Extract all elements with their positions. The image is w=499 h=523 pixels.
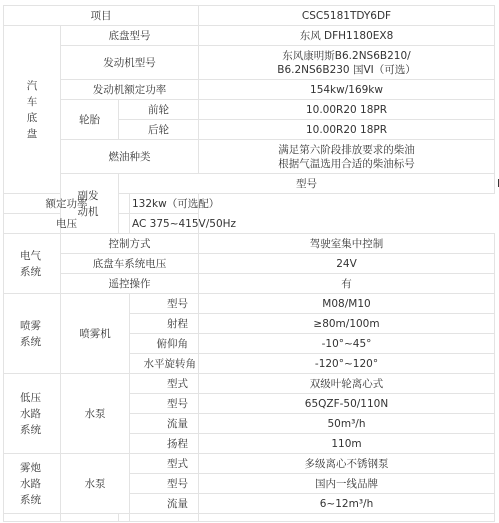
row-value: 有 [199,274,495,294]
table-row: 低压水路系统 水泵 型式 双级叶轮离心式 [4,374,495,394]
row-value: 东风 DFH1180EX8 [199,26,495,46]
row-value: 10.00R20 18PR [199,120,495,140]
section-label: 喷雾系统 [20,318,44,350]
row-label: 型号 [130,394,199,414]
row-label: 型式 [130,374,199,394]
section-low-pressure: 低压水路系统 [4,374,61,454]
row-value: 50m³/h [199,414,495,434]
row-value: 满足第六阶段排放要求的柴油 根据气温选用合适的柴油标号 [199,140,495,174]
table-row: 轮胎 前轮 10.00R20 18PR [4,100,495,120]
row-value: 双级叶轮离心式 [199,374,495,394]
row-label: 射程 [130,314,199,334]
table-row: 电气系统 控制方式 驾驶室集中控制 [4,234,495,254]
row-label: 遥控操作 [61,274,199,294]
row-label: 型号 [119,174,495,194]
row-value: 110m [199,434,495,454]
value-line: 满足第六阶段排放要求的柴油 [201,143,492,157]
row-label: 俯仰角 [130,334,199,354]
table-row: 燃油种类 满足第六阶段排放要求的柴油 根据气温选用合适的柴油标号 [4,140,495,174]
row-value: ≥80m/100m [199,314,495,334]
section-electrical: 电气系统 [4,234,61,294]
table-row: 喷雾系统 喷雾机 型号 M08/M10 [4,294,495,314]
row-value: M08/M10 [199,294,495,314]
row-value: 24V [199,254,495,274]
value-line: 根据气温选用合适的柴油标号 [201,157,492,171]
row-sublabel: 前轮 [119,100,199,120]
table-row: 发动机型号 东风康明斯B6.2NS6B210/ B6.2NS6B230 国VI（… [4,46,495,80]
row-label: 型式 [130,454,199,474]
table-row-cutoff [4,514,495,522]
table-row: 汽车底盘 底盘型号 东风 DFH1180EX8 [4,26,495,46]
row-label: 控制方式 [61,234,199,254]
row-label: 扬程 [130,434,199,454]
row-label: 型号 [130,294,199,314]
row-value: 驾驶室集中控制 [199,234,495,254]
row-label: 型号 [130,474,199,494]
row-label-tire: 轮胎 [61,100,119,140]
row-value: 65QZF-50/110N [199,394,495,414]
header-model-value: CSC5181TDY6DF [199,6,495,26]
section-spray: 喷雾系统 [4,294,61,374]
row-sublabel-group: 水泵 [61,374,130,454]
row-value: 东风康明斯B6.2NS6B210/ B6.2NS6B230 国VI（可选） [199,46,495,80]
spec-table-container: 项目 CSC5181TDY6DF 汽车底盘 底盘型号 东风 DFH1180EX8… [3,5,494,522]
section-label: 电气系统 [20,248,44,280]
row-label: 燃油种类 [61,140,199,174]
row-label: 电压 [4,214,130,234]
row-label: 底盘型号 [61,26,199,46]
row-value: -120°~120° [199,354,495,374]
section-label: 雾炮水路系统 [20,460,44,508]
table-header-row: 项目 CSC5181TDY6DF [4,6,495,26]
table-row: 发动机额定功率 154kw/169kw [4,80,495,100]
section-chassis: 汽车底盘 [4,26,61,194]
row-value: 154kw/169kw [199,80,495,100]
row-label: 发动机额定功率 [61,80,199,100]
row-label: 额定功率 [4,194,130,214]
row-label: 流量 [130,494,199,514]
row-label: 底盘车系统电压 [61,254,199,274]
section-label: 汽车底盘 [26,78,38,142]
row-value: 多级离心不锈钢泵 [199,454,495,474]
table-row: 遥控操作 有 [4,274,495,294]
section-mist-cannon: 雾炮水路系统 [4,454,61,514]
row-sublabel-group: 水泵 [61,454,130,514]
row-sublabel-group: 喷雾机 [61,294,130,374]
row-value: AC 375~415V/50Hz [130,214,199,234]
table-row: 底盘车系统电压 24V [4,254,495,274]
value-line: B6.2NS6B230 国VI（可选） [201,63,492,77]
row-sublabel: 后轮 [119,120,199,140]
spec-table: 项目 CSC5181TDY6DF 汽车底盘 底盘型号 东风 DFH1180EX8… [3,5,495,522]
table-row: 副发动机 型号 R6105AZLD（可选配卡特，玉柴，潍坊发电机） [4,174,495,194]
row-value: 10.00R20 18PR [199,100,495,120]
row-value: -10°~45° [199,334,495,354]
row-label: 发动机型号 [61,46,199,80]
row-value: 6~12m³/h [199,494,495,514]
table-row: 雾炮水路系统 水泵 型式 多级离心不锈钢泵 [4,454,495,474]
row-value: 132kw（可选配） [130,194,199,214]
row-label: 水平旋转角 [130,354,199,374]
row-value: 国内一线品牌 [199,474,495,494]
header-item-label: 项目 [4,6,199,26]
row-label: 流量 [130,414,199,434]
section-label: 低压水路系统 [20,390,44,438]
value-line: 东风康明斯B6.2NS6B210/ [201,49,492,63]
